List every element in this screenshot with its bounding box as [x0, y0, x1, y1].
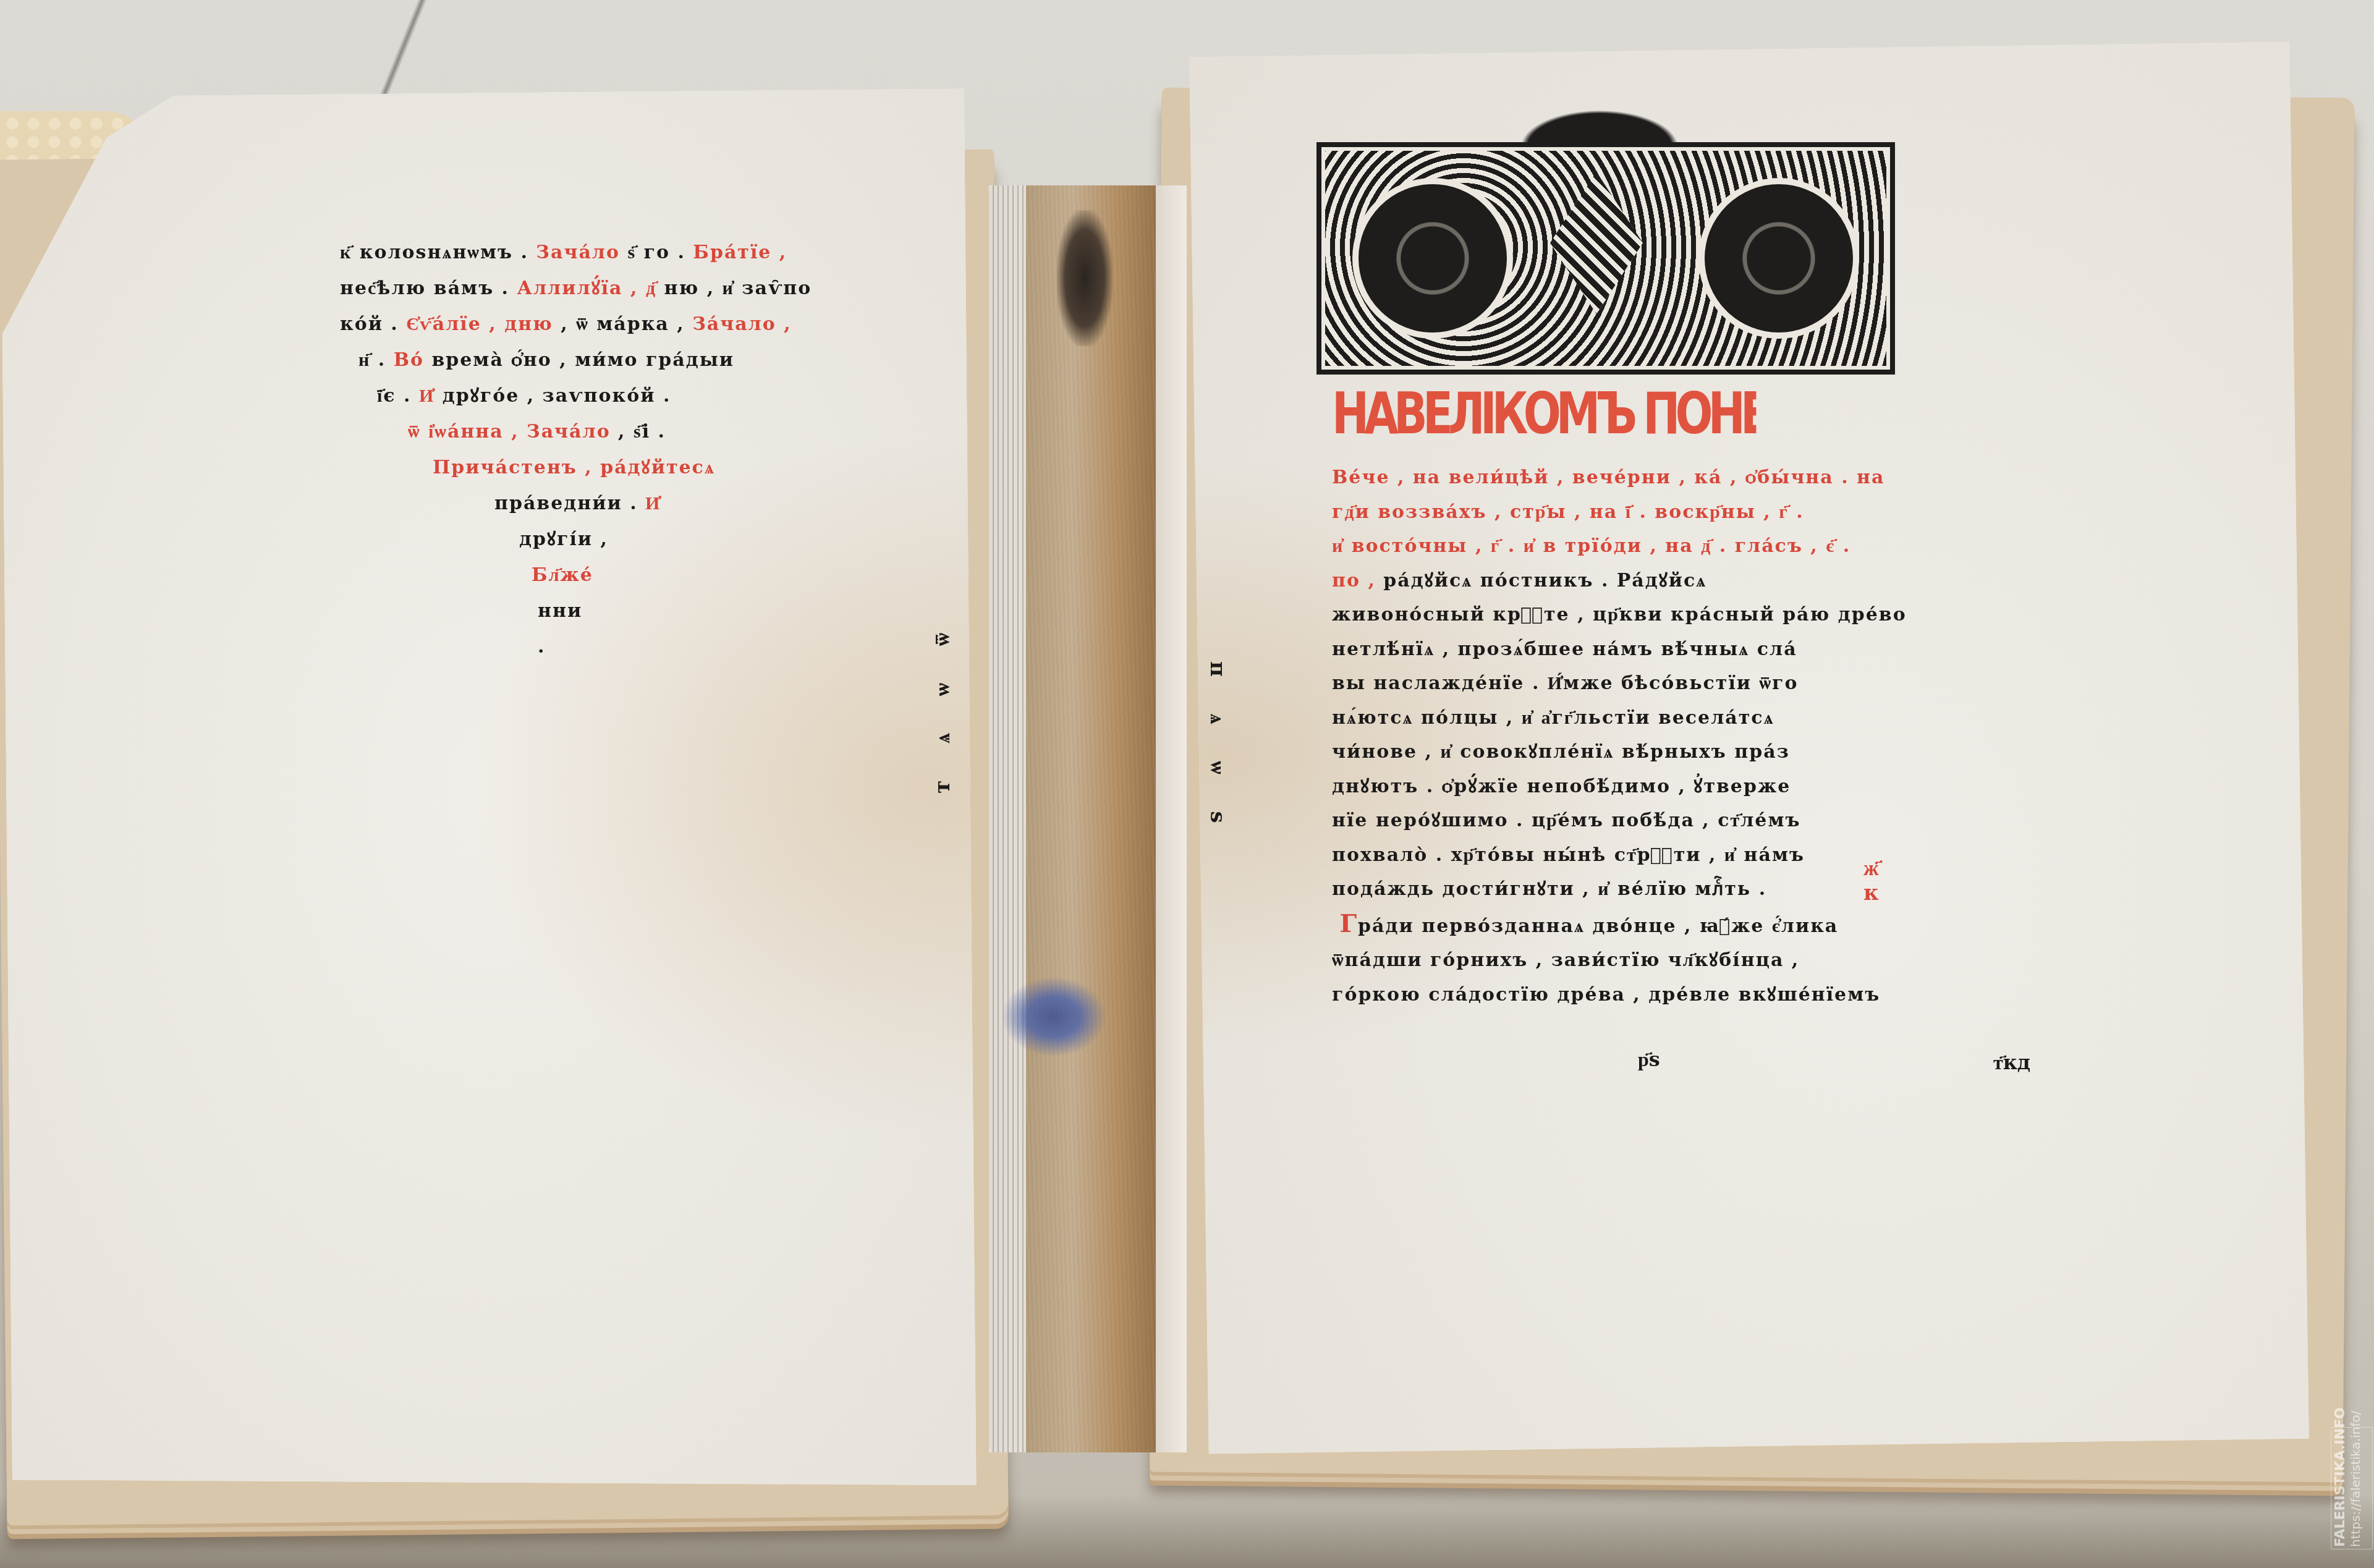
title-banner-vyaz: НАВЕЛІКОМЪ ПОНЕДЕЛНИКѢ ВЕЧЕРЪ	[1332, 377, 1756, 451]
body-text: нес҃ѣлю ва́мъ .	[340, 278, 517, 299]
text-line: вы наслажде́нїе . И҆́мже бѣсо́вьстїи ѿго	[1332, 666, 1975, 701]
body-text: ко́й .	[340, 313, 406, 335]
text-line: нес҃ѣлю ва́мъ . Аллилꙋ́їа , д҃ ню , и҆ з…	[340, 271, 884, 307]
text-line: Гра́ди перво́зданнаѧ дво́нце , ꙗ҆́же є҆́…	[1332, 907, 1975, 944]
rubric-text: Аллилꙋ́їа , д҃	[517, 278, 664, 299]
text-line: по , ра́дꙋйсѧ по́стникъ . Ра́дꙋйсѧ	[1332, 564, 1975, 598]
text-line: .	[340, 629, 884, 665]
text-line: ко́й . Є҆ѵ҃а́лїе , дню , ѿ ма́рка , За́ч…	[340, 307, 884, 342]
page-number: т҃кд	[1993, 1051, 2030, 1074]
scroll-ornament-left	[1352, 178, 1513, 339]
left-gutter-marks: т ѧ ѡ ѿ	[930, 618, 955, 794]
rubric-text: И҆	[419, 385, 443, 407]
text-line: го́ркою сла́достїю дре́ва , дре́вле вкꙋш…	[1332, 978, 1975, 1012]
text-line: чи́нове , и҆ совокꙋпле́нїѧ вѣ́рныхъ пра́…	[1332, 735, 1975, 769]
margin-mark: ж҃ к	[1863, 856, 1879, 905]
text-line: к҃ колоѕнѧнѡмъ . Зача́ло ѕ҃ го . Бра́тїе…	[340, 235, 884, 271]
rubric-line: и҆ восто́чны , г҃ . и҆ в трїо́ди , на д҃…	[1332, 529, 1975, 564]
body-text: , ѕ҃і .	[618, 421, 666, 443]
rubric-text: Бл҃же́	[532, 564, 593, 586]
text-line: нни	[340, 593, 884, 629]
rubric-text: Є҆ѵ҃а́лїе , дню	[406, 313, 561, 335]
rubric-text: Во́	[394, 349, 432, 371]
body-text: ѕ҃ го .	[627, 242, 693, 263]
left-page-text: к҃ колоѕнѧнѡмъ . Зача́ло ѕ҃ го . Бра́тїе…	[340, 235, 884, 665]
woodcut-headpiece-ornament	[1316, 142, 1895, 375]
rubric-text: ра́дꙋйтесѧ	[600, 457, 715, 478]
text-line: ѿ і҆ѡа́нна , Зача́ло , ѕ҃і .	[340, 414, 884, 450]
blue-binding-thread	[1001, 977, 1106, 1057]
watermark-brand: FALERISTIKA.INFO	[2333, 1407, 2348, 1547]
body-text: врема̀ ѻ҆́но , ми́мо гра́дыи	[431, 349, 734, 371]
rubric-text: Бра́тїе ,	[693, 242, 787, 263]
text-line: живоно́сный крⷭ҇те , цр҃кви кра́сный ра́…	[1332, 598, 1975, 632]
right-gutter-edge	[1156, 185, 1187, 1452]
rubric-line: гд҃и воззва́хъ , стр҃ы , на ї҃ . воскр҃н…	[1332, 495, 1975, 530]
body-text: пра́ведни́и .	[494, 493, 645, 514]
body-text: нни	[538, 600, 582, 622]
body-text: .	[538, 636, 545, 658]
body-text: ню , и҆ заѵ̑по	[664, 278, 812, 299]
right-gutter-marks: п ѧ ѡ ѕ	[1205, 661, 1230, 838]
text-line: ѿпа́дши го́рнихъ , зави́стїю чл҃кꙋбі́нца…	[1332, 943, 1975, 978]
text-line: дрꙋгі́и ,	[340, 522, 884, 557]
body-text: к҃ колоѕнѧнѡмъ .	[340, 242, 536, 263]
rubric-text: Прича́стенъ ,	[433, 457, 600, 478]
charred-spine-fragment	[1057, 210, 1113, 346]
body-text: н҃ .	[358, 349, 394, 371]
signature-mark: р҃ѕ	[1638, 1048, 1660, 1071]
body-text: дрꙋгі́и ,	[519, 528, 608, 550]
text-line: нѧ́ютсѧ по́лцы , и҆ а҆гг҃льстїи весела́т…	[1332, 701, 1975, 735]
text-line: днꙋютъ . ѻ҆рꙋ́жїе непобѣ́димо , ꙋ҆тверже	[1332, 769, 1975, 804]
body-text: дрꙋго́е , заѵпоко́й .	[443, 385, 671, 407]
rubric-text: И҆	[645, 493, 661, 514]
rubric-text: За́чало ,	[692, 313, 792, 335]
rubric-line: Ве́че , на вели́цѣй , вече́рни , ка́ , ѻ…	[1332, 460, 1975, 495]
right-page-text: Ве́че , на вели́цѣй , вече́рни , ка́ , ѻ…	[1332, 460, 1975, 1012]
margin-letter: к	[1863, 881, 1879, 905]
interlace-knot-ornament	[1550, 172, 1643, 314]
watermark: FALERISTIKA.INFO https://faleristika.inf…	[2331, 1427, 2373, 1549]
scroll-ornament-right	[1698, 178, 1859, 339]
loose-leaf-edges	[989, 185, 1026, 1452]
damaged-spine	[989, 185, 1174, 1452]
rubric-text: Зача́ло	[536, 242, 627, 263]
text-line: нетлѣ́нїѧ , прозѧ́бшее на́мъ вѣ́чныѧ сла…	[1332, 632, 1975, 667]
rubric-text: Зача́ло	[527, 421, 618, 443]
text-line: нїе неро́ꙋшимо . цр҃е́мъ побѣ́да , ст҃ле…	[1332, 803, 1975, 838]
body-text: ї҃є .	[377, 385, 419, 407]
watermark-url: https://faleristika.info/	[2348, 1410, 2363, 1547]
text-line: Прича́стенъ , ра́дꙋйтесѧ	[340, 450, 884, 486]
text-line: н҃ . Во́ врема̀ ѻ҆́но , ми́мо гра́дыи	[340, 342, 884, 378]
text-line: пра́ведни́и . И҆	[340, 486, 884, 522]
text-line: ї҃є . И҆ дрꙋго́е , заѵпоко́й .	[340, 378, 884, 414]
text-line: Бл҃же́	[340, 557, 884, 593]
rubric-text: ѿ і҆ѡа́нна ,	[408, 421, 527, 443]
body-text: , ѿ ма́рка ,	[561, 313, 692, 335]
margin-symbol: ж҃	[1863, 856, 1879, 881]
headpiece-crest	[1507, 104, 1692, 147]
